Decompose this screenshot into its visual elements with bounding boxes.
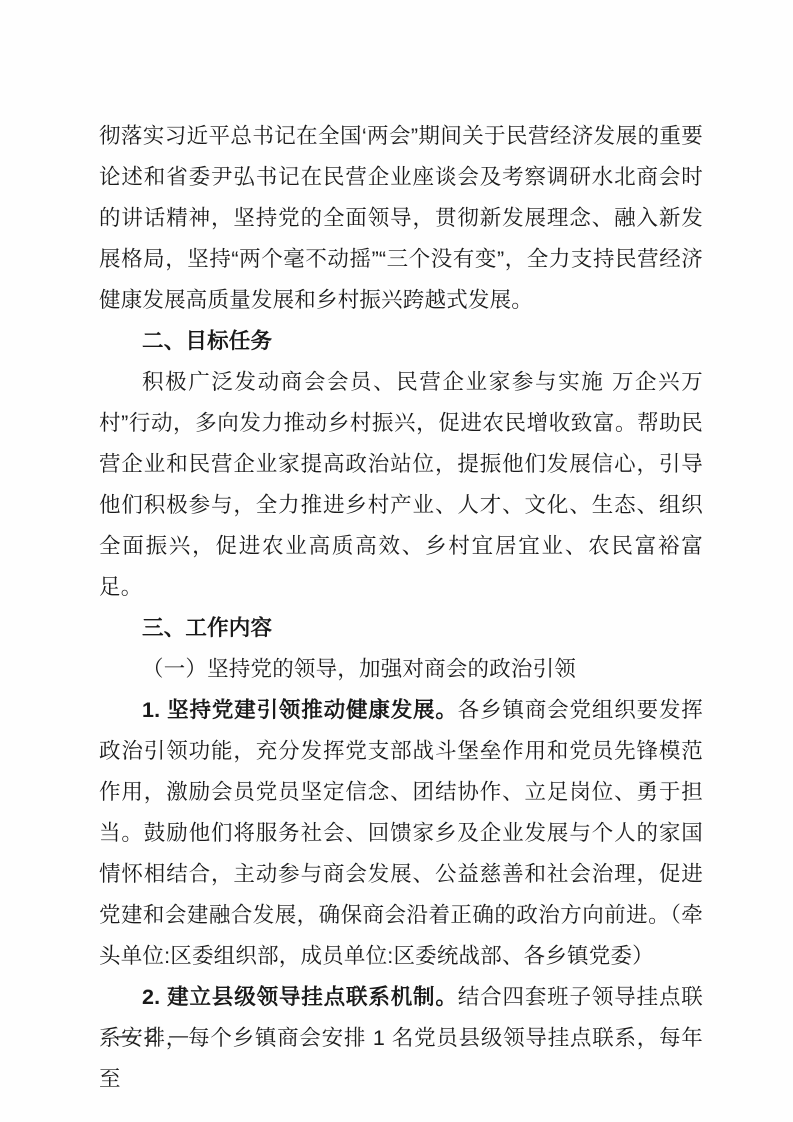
heading-section-3: 三、工作内容 (99, 608, 703, 649)
item-2-lead: 2. 建立县级领导挂点联系机制。 (142, 985, 458, 1009)
document-page: 彻落实习近平总书记在全国‘两会”期间关于民营经济发展的重要论述和省委尹弘书记在民… (0, 0, 793, 1122)
page-number: — 2 — (117, 1026, 191, 1048)
paragraph-goals: 积极广泛发动商会会员、民营企业家参与实施 万企兴万村”行动，多向发力推动乡村振兴… (99, 362, 703, 608)
document-body: 彻落实习近平总书记在全国‘两会”期间关于民营经济发展的重要论述和省委尹弘书记在民… (99, 116, 703, 1100)
item-1-text: 各乡镇商会党组织要发挥政治引领功能，充分发挥党支部战斗堡垒作用和党员先锋模范作用… (99, 698, 703, 968)
heading-subsection-1: （一）坚持党的领导，加强对商会的政治引领 (99, 649, 703, 690)
heading-section-2: 二、目标任务 (99, 321, 703, 362)
paragraph-continuation: 彻落实习近平总书记在全国‘两会”期间关于民营经济发展的重要论述和省委尹弘书记在民… (99, 116, 703, 321)
paragraph-item-1: 1. 坚持党建引领推动健康发展。各乡镇商会党组织要发挥政治引领功能，充分发挥党支… (99, 690, 703, 977)
item-1-lead: 1. 坚持党建引领推动健康发展。 (142, 698, 458, 722)
